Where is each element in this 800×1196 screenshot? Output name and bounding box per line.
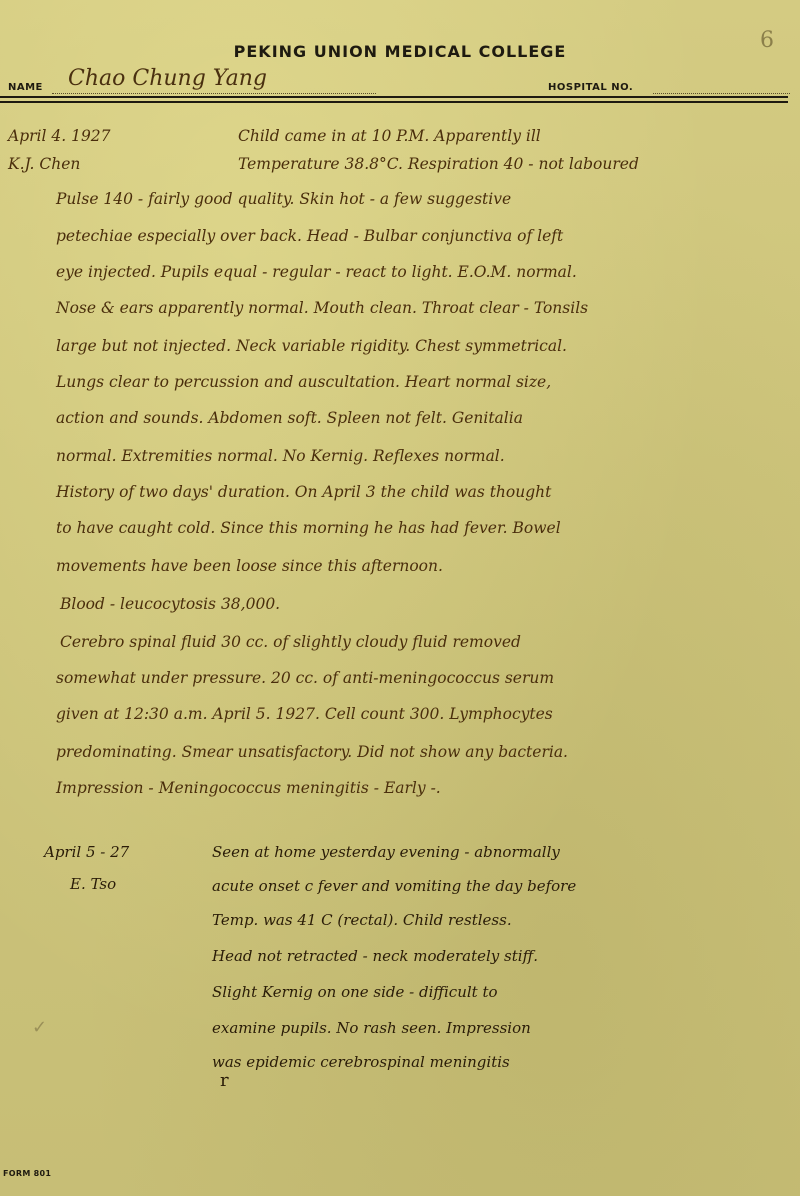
note1-line: normal. Extremities normal. No Kernig. R… bbox=[56, 438, 505, 474]
header-rule-top bbox=[0, 96, 788, 98]
note2-line: Head not retracted - neck moderately sti… bbox=[212, 938, 538, 975]
note1-line: eye injected. Pupils equal - regular - r… bbox=[56, 254, 577, 290]
note1-line: petechiae especially over back. Head - B… bbox=[56, 218, 563, 254]
institution-title: PEKING UNION MEDICAL COLLEGE bbox=[0, 42, 800, 61]
form-number: FORM 801 bbox=[3, 1169, 51, 1178]
note1-line: History of two days' duration. On April … bbox=[56, 474, 551, 510]
note1-line: given at 12:30 a.m. April 5. 1927. Cell … bbox=[56, 696, 553, 732]
note2-line: examine pupils. No rash seen. Impression bbox=[212, 1010, 531, 1047]
note1-line: movements have been loose since this aft… bbox=[56, 548, 443, 584]
note1-line: large but not injected. Neck variable ri… bbox=[56, 328, 567, 364]
note1-line: Blood - leucocytosis 38,000. bbox=[60, 586, 280, 622]
note2-line: was epidemic cerebrospinal meningitis bbox=[212, 1044, 510, 1081]
note1-line: to have caught cold. Since this morning … bbox=[56, 510, 561, 546]
header-rule-bottom bbox=[0, 101, 788, 103]
note2-line: acute onset c fever and vomiting the day… bbox=[212, 868, 576, 905]
note1-author: K.J. Chen bbox=[8, 146, 80, 182]
name-row: NAME Chao Chung Yang HOSPITAL NO. bbox=[8, 70, 792, 96]
note1-line: Temperature 38.8°C. Respiration 40 - not… bbox=[238, 146, 639, 182]
note1-line: Pulse 140 - fairly good quality. Skin ho… bbox=[56, 181, 511, 217]
patient-name: Chao Chung Yang bbox=[68, 66, 267, 91]
check-mark-icon: ✓ bbox=[32, 1017, 47, 1038]
trailing-mark: r bbox=[220, 1070, 229, 1091]
note1-line: predominating. Smear unsatisfactory. Did… bbox=[56, 734, 568, 770]
hospital-no-field-line bbox=[653, 93, 790, 94]
note1-line: Impression - Meningococcus meningitis - … bbox=[56, 770, 441, 806]
note1-line: action and sounds. Abdomen soft. Spleen … bbox=[56, 400, 523, 436]
note2-line: Slight Kernig on one side - difficult to bbox=[212, 974, 498, 1011]
note1-line: Cerebro spinal fluid 30 cc. of slightly … bbox=[60, 624, 521, 660]
note1-line: somewhat under pressure. 20 cc. of anti-… bbox=[56, 660, 554, 696]
note1-line: Nose & ears apparently normal. Mouth cle… bbox=[56, 290, 588, 326]
note2-line: Temp. was 41 C (rectal). Child restless. bbox=[212, 902, 512, 939]
name-field-line bbox=[52, 93, 376, 94]
note1-line: Lungs clear to percussion and auscultati… bbox=[56, 364, 551, 400]
hospital-no-label: HOSPITAL NO. bbox=[548, 82, 633, 93]
note2-author: E. Tso bbox=[70, 866, 116, 903]
name-label: NAME bbox=[8, 82, 43, 93]
note2-line: Seen at home yesterday evening - abnorma… bbox=[212, 834, 560, 871]
medical-record-page: 6 PEKING UNION MEDICAL COLLEGE NAME Chao… bbox=[0, 0, 800, 1196]
